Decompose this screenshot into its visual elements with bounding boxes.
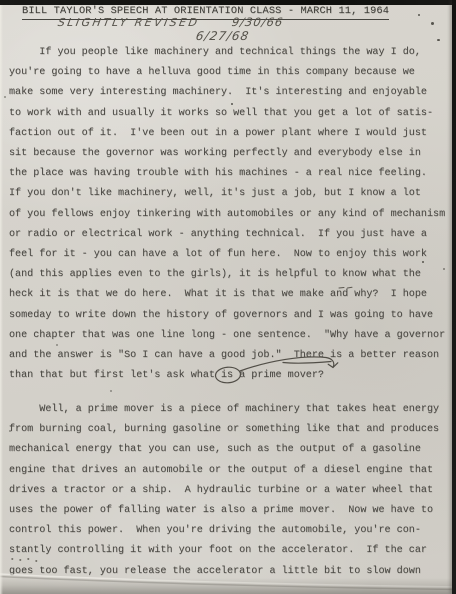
scan-edge-top	[0, 0, 456, 5]
handwritten-revision-date-1: 9/30/66	[231, 15, 285, 29]
handwritten-revision-date-2: 6/27/68	[195, 29, 251, 43]
paragraph-1: If you people like machinery and technic…	[9, 43, 456, 386]
scan-edge-right	[452, 0, 456, 594]
paper-left-edge	[0, 0, 3, 594]
handwritten-revision-note: SLIGHTLY REVISED	[57, 16, 201, 29]
bottom-scan-shadow	[0, 578, 456, 594]
scanned-document-page: BILL TAYLOR'S SPEECH AT ORIENTATION CLAS…	[0, 0, 456, 594]
paragraph-2: Well, a prime mover is a piece of machin…	[9, 400, 456, 582]
